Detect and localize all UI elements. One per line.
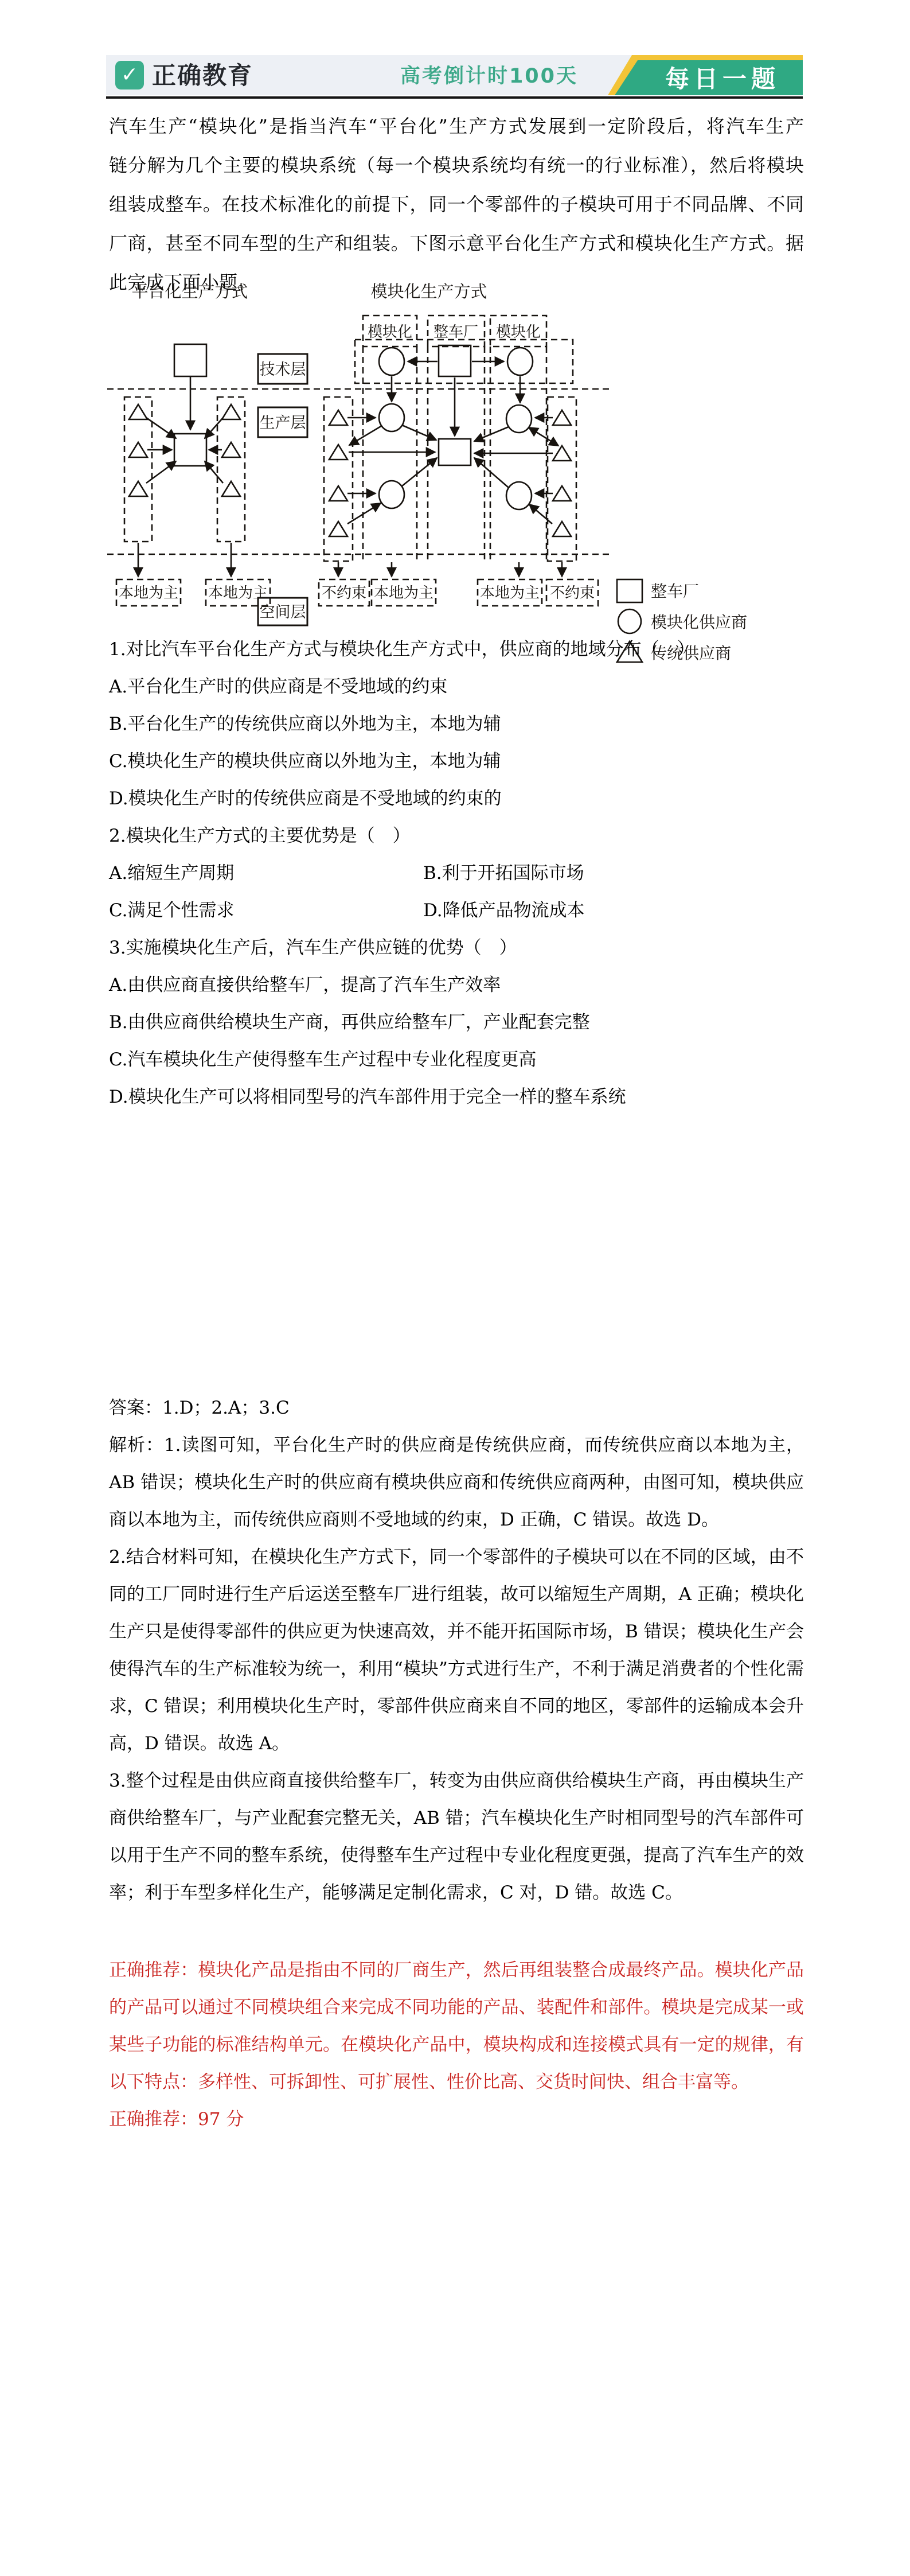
q1-option-a: A.平台化生产时的供应商是不受地域的约束 <box>109 668 809 706</box>
recommendation-block: 正确推荐：模块化产品是指由不同的厂商生产，然后再组装整合成最终产品。模块化产品的… <box>109 1952 804 2138</box>
platform-space-label-1: 本地为主 <box>119 585 178 602</box>
q3-option-d: D.模块化生产可以将相同型号的汽车部件用于完全一样的整车系统 <box>109 1079 809 1116</box>
q3-stem: 3.实施模块化生产后，汽车生产供应链的优势（ ） <box>109 929 809 967</box>
platform-space-label-2: 本地为主 <box>208 585 268 602</box>
brand-name: 正确教育 <box>152 55 253 95</box>
modular-supplier-upper-left <box>379 404 404 431</box>
analysis-2: 2.结合材料可知，在模块化生产方式下，同一个零部件的子模块可以在不同的区域，由不… <box>109 1539 804 1762</box>
q1-option-b: B.平台化生产的传统供应商以外地为主，本地为辅 <box>109 706 809 743</box>
modular-diagram: 模块化 整车厂 模块化 <box>319 316 598 606</box>
modular-space-arrows <box>338 562 562 577</box>
modular-space-label-2: 本地为主 <box>374 585 433 602</box>
q3-option-a: A.由供应商直接供给整车厂，提高了汽车生产效率 <box>109 967 809 1004</box>
q2-stem: 2.模块化生产方式的主要优势是（ ） <box>109 818 809 855</box>
q3-option-c: C.汽车模块化生产使得整车生产过程中专业化程度更高 <box>109 1041 809 1079</box>
banner-label: 每日一题 <box>648 60 797 95</box>
worksheet-page: ✓ 正确教育 高考倒计时100天 每日一题 汽车生产“模块化”是指当汽车“平台化… <box>0 0 910 2576</box>
q2-option-d: D.降低产品物流成本 <box>423 900 585 921</box>
daily-question-banner[interactable]: 每日一题 <box>608 55 803 95</box>
platform-supply-arrows <box>146 418 223 483</box>
check-icon: ✓ <box>121 65 138 85</box>
legend-factory-label: 整车厂 <box>651 582 699 601</box>
modular-tech-factory-node <box>439 345 471 376</box>
analysis-3: 3.整个过程是由供应商直接供给整车厂，转变为由供应商供给模块生产商，再由模块生产… <box>109 1762 804 1912</box>
intro-line: 厂商，甚至不同车型的生产和组装。下图示意平台化生产方式和模块化生产方式。据 <box>109 224 804 263</box>
q3-option-b: B.由供应商供给模块生产商，再供应给整车厂，产业配套完整 <box>109 1004 809 1041</box>
question-block: 1.对比汽车平台化生产方式与模块化生产方式中，供应商的地域分布（ ） A.平台化… <box>109 631 809 1116</box>
legend-square-icon <box>617 579 642 602</box>
platform-tech-factory-node <box>174 344 206 376</box>
q1-stem: 1.对比汽车平台化生产方式与模块化生产方式中，供应商的地域分布（ ） <box>109 631 809 668</box>
platform-space-arrows <box>138 543 231 577</box>
production-modes-diagram: 平台化生产方式 模块化生产方式 技术层 生产层 空间层 <box>105 270 816 671</box>
recommendation-score: 正确推荐：97 分 <box>109 2101 804 2138</box>
tech-layer-label: 技术层 <box>260 361 306 379</box>
q2-option-a: A.缩短生产周期 <box>109 855 423 892</box>
answer-line: 答案：1.D；2.A；3.C <box>109 1390 804 1427</box>
modular-column-lines <box>324 340 576 561</box>
modular-tech-arrows <box>392 361 520 436</box>
modular-tech-supplier-right <box>507 348 533 375</box>
q2-option-c: C.满足个性需求 <box>109 892 423 929</box>
intro-line: 链分解为几个主要的模块系统（每一个模块系统均有统一的行业标准），然后将模块 <box>109 146 804 185</box>
platform-production-factory-node <box>174 434 206 466</box>
modular-top-left-label: 模块化 <box>368 324 412 341</box>
modular-supplier-upper-right <box>506 405 532 433</box>
brand-logo: ✓ <box>115 61 144 90</box>
q1-option-c: C.模块化生产的模块供应商以外地为主，本地为辅 <box>109 743 809 780</box>
modular-production-factory-node <box>439 439 471 465</box>
platform-title: 平台化生产方式 <box>131 282 248 301</box>
intro-line: 汽车生产“模块化”是指当汽车“平台化”生产方式发展到一定阶段后，将汽车生产 <box>109 107 804 146</box>
platform-diagram: 本地为主 本地为主 <box>116 344 270 606</box>
layer-divider-lines <box>107 389 613 554</box>
legend-circle-icon <box>618 609 641 633</box>
platform-traditional-suppliers <box>129 404 240 496</box>
gaokao-countdown: 高考倒计时100天 <box>400 55 578 95</box>
recommendation-paragraph: 正确推荐：模块化产品是指由不同的厂商生产，然后再组装整合成最终产品。模块化产品的… <box>109 1952 804 2101</box>
modular-traditional-suppliers <box>329 410 571 536</box>
modular-title: 模块化生产方式 <box>370 282 487 301</box>
modular-tech-supplier-left <box>379 348 404 375</box>
analysis-1: 解析：1.读图可知，平台化生产时的供应商是传统供应商，而传统供应商以本地为主，A… <box>109 1427 804 1539</box>
production-layer-label: 生产层 <box>260 414 306 432</box>
answer-analysis-block: 答案：1.D；2.A；3.C 解析：1.读图可知，平台化生产时的供应商是传统供应… <box>109 1390 804 1912</box>
modular-top-center-label: 整车厂 <box>433 324 478 341</box>
modular-space-label-1: 不约束 <box>322 585 366 602</box>
modular-space-label-4: 不约束 <box>550 585 595 602</box>
header-bar: ✓ 正确教育 高考倒计时100天 每日一题 <box>106 55 803 95</box>
modular-supplier-lower-left <box>379 481 404 508</box>
intro-line: 组装成整车。在技术标准化的前提下，同一个零部件的子模块可用于不同品牌、不同 <box>109 185 804 224</box>
modular-space-label-3: 本地为主 <box>480 585 540 602</box>
q1-option-d: D.模块化生产时的传统供应商是不受地域的约束的 <box>109 780 809 818</box>
legend-modular-supplier-label: 模块化供应商 <box>651 613 747 632</box>
q2-option-b: B.利于开拓国际市场 <box>423 863 584 884</box>
header-divider <box>106 96 803 99</box>
modular-supply-arrows <box>347 418 559 524</box>
modular-top-right-label: 模块化 <box>496 324 541 341</box>
modular-supplier-lower-right <box>506 482 532 509</box>
